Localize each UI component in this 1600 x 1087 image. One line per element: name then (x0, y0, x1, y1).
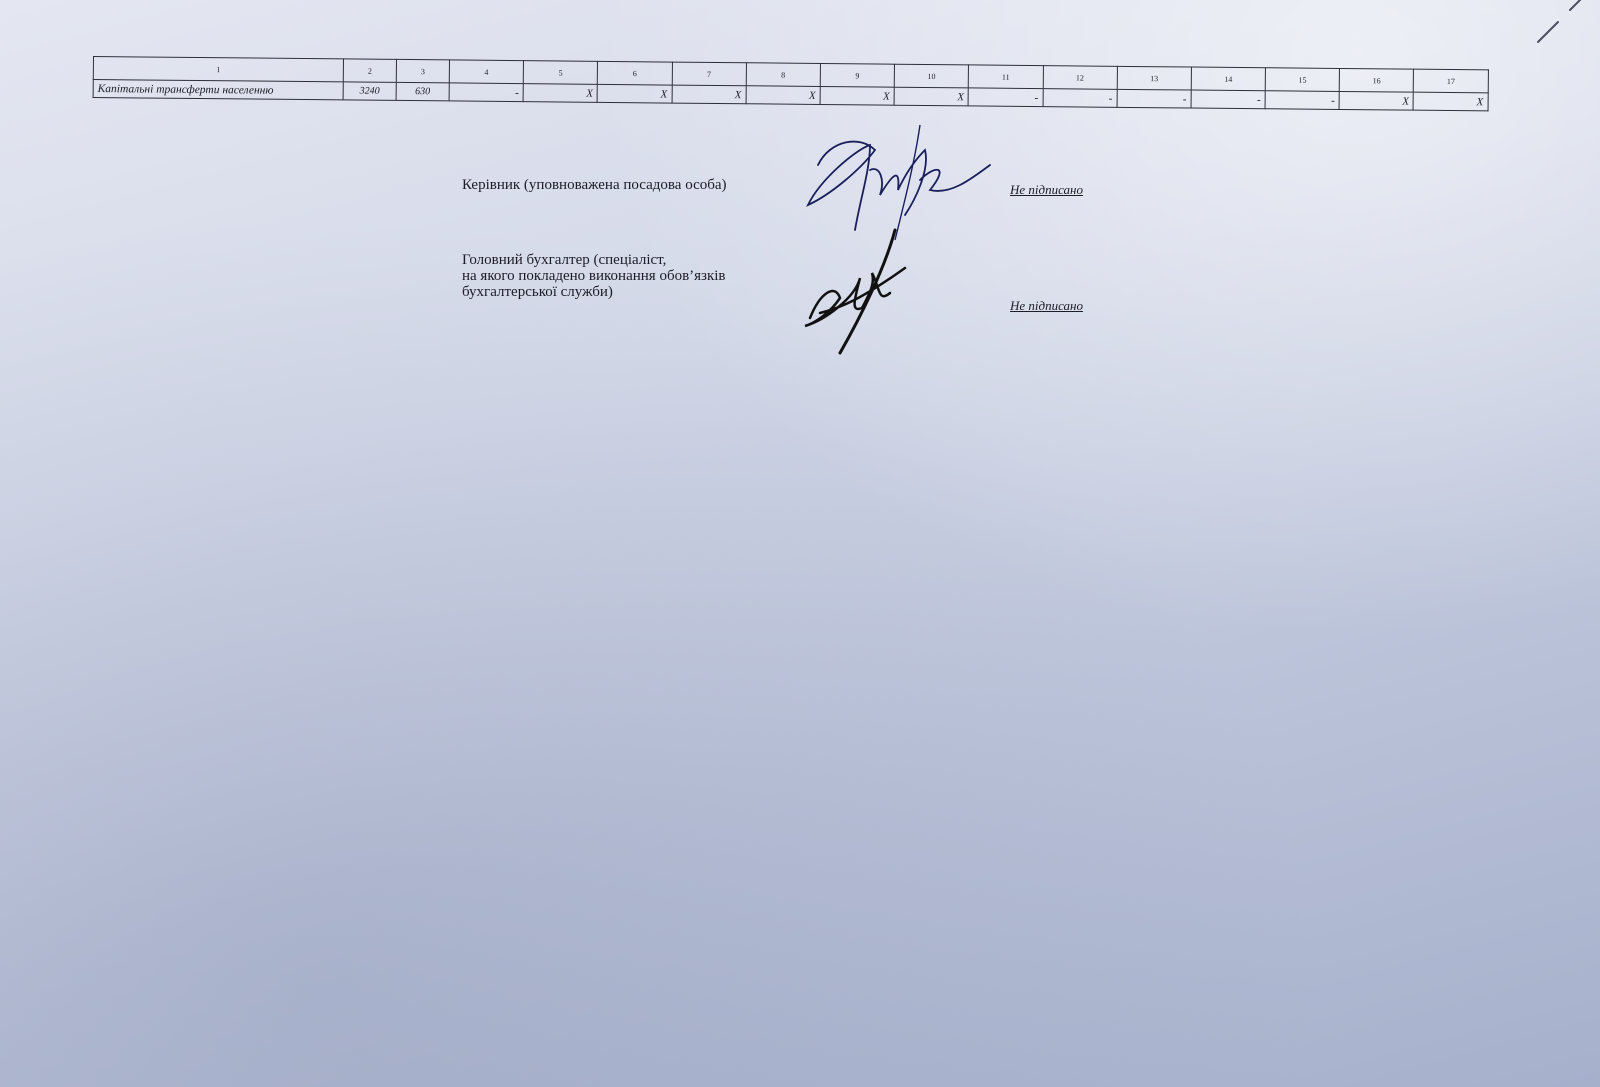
table-cell-col-16: X (1339, 91, 1413, 110)
column-number-15: 15 (1265, 68, 1339, 92)
table-cell-col-3: 630 (396, 82, 449, 101)
table-cell-col-8: X (746, 86, 820, 105)
column-number-16: 16 (1339, 68, 1413, 92)
column-number-7: 7 (672, 62, 746, 86)
column-number-12: 12 (1043, 66, 1117, 90)
table-cell-col-2: 3240 (343, 82, 396, 101)
column-number-10: 10 (894, 64, 968, 88)
manager-signature-icon (800, 120, 1010, 245)
table-cell-col-15: - (1265, 91, 1339, 110)
manager-status-not-signed: Не підписано (1010, 182, 1083, 198)
column-number-11: 11 (969, 65, 1043, 89)
column-number-17: 17 (1414, 69, 1488, 93)
accountant-status-not-signed: Не підписано (1010, 298, 1083, 314)
manager-role-label: Керівник (уповноважена посадова особа) (462, 177, 727, 193)
column-number-14: 14 (1191, 67, 1265, 91)
accountant-signature-icon (800, 228, 920, 358)
table-cell-col-7: X (672, 85, 746, 104)
accountant-signature-line: Головний бухгалтер (спеціаліст, на якого… (462, 252, 726, 300)
table-cell-col-11: - (968, 88, 1042, 107)
table-cell-col-10: X (894, 87, 968, 106)
column-number-8: 8 (746, 63, 820, 87)
staple-icon (1530, 0, 1600, 50)
column-number-13: 13 (1117, 66, 1191, 90)
column-number-3: 3 (396, 59, 449, 83)
column-number-6: 6 (598, 61, 672, 85)
table-cell-col-4: - (449, 83, 523, 102)
accountant-role-label: Головний бухгалтер (спеціаліст, на якого… (462, 252, 726, 300)
table-cell-col-6: X (597, 84, 671, 103)
column-number-2: 2 (343, 59, 396, 83)
table-cell-col-14: - (1191, 90, 1265, 109)
table-cell-col-17: X (1413, 92, 1487, 111)
column-number-4: 4 (449, 60, 523, 84)
column-number-5: 5 (523, 61, 597, 85)
table-cell-col-12: - (1043, 89, 1117, 108)
budget-table: 1234567891011121314151617 Капітальні тра… (93, 56, 1563, 112)
column-number-1: 1 (93, 57, 343, 82)
table-cell-col-9: X (820, 86, 894, 105)
manager-signature-line: Керівник (уповноважена посадова особа) (462, 177, 727, 193)
table-cell-col-5: X (523, 84, 597, 103)
table-cell-col-13: - (1117, 89, 1191, 108)
row-label: Капітальні трансферти населенню (93, 80, 343, 100)
column-number-9: 9 (820, 63, 894, 87)
